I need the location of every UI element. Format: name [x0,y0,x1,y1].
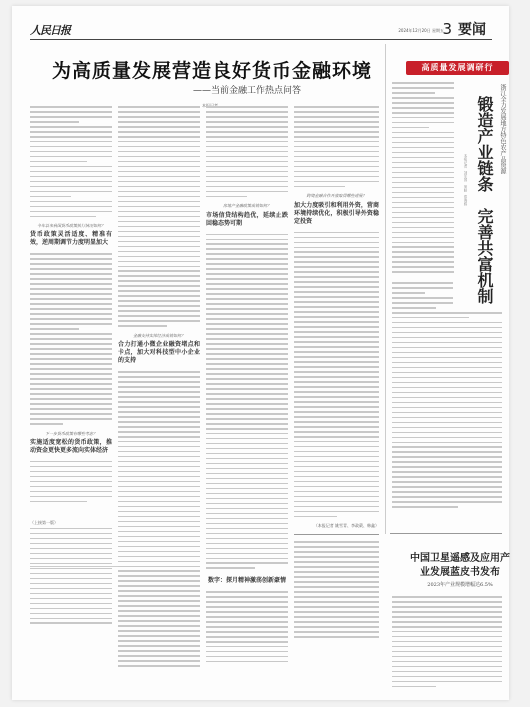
main-article-column-2: 金融支持实体经济成效如何？ 合力打通小微企业融资堵点和卡点，加大对科技型中小企业… [118,106,200,696]
section-name: 要闻 [458,22,486,38]
sub-headline: ——当前金融工作热点问答 [132,83,362,96]
satellite-article-headline: 中国卫星遥感及应用产业发展蓝皮书发布 [408,552,512,580]
section-question: 跨境金融合作开放取得哪些进展？ [294,193,379,198]
section-heading: 加大力度吸引和利用外资，营商环境持续优化，积极引导外资稳定投资 [294,202,379,226]
sidebar-title-line-1: 锻造产业链条 [475,96,493,192]
main-article-column-1: 今年以来我国货币政策执行情况如何？ 货币政策灵活适度、精准有效，逆周期调节力度明… [30,106,112,696]
body-text [30,106,112,217]
sidebar-subtitle: 浙江全力发展地方特色农产品资源 [498,84,507,214]
closing-note: （本报记者 姚雪青、李政葳、韩鑫） [294,523,379,528]
section-heading: 市场信贷结构趋优，延续止跌回稳态势可期 [206,212,288,228]
section-question: 房地产金融政策成效如何？ [206,203,288,208]
section-heading: 数字：探月精神激荡创新豪情 [206,577,288,585]
series-tag: 高质量发展调研行 [406,61,509,75]
sidebar-body-text [392,282,502,530]
publication-date: 2024年12月20日 星期五 [398,28,444,34]
satellite-article-subheadline: 2023年产业规模增幅达6.5% [408,581,512,588]
section-question: 下一步货币政策有哪些考虑？ [30,431,112,436]
section-heading: 实施适度宽松的货币政策，推动资金更快更多流向实体经济 [30,439,112,455]
masthead: 人民日报 2024年12月20日 星期五 3要闻 [30,19,492,40]
page-label: 3要闻 [442,19,486,39]
section-question: 今年以来我国货币政策执行情况如何？ [30,223,112,228]
sidebar-intro-text [392,82,454,282]
sidebar-bylines: 本报记者 刘军国 窦皓 郑海鸥 [464,154,470,205]
continued-marker: （上接第一版） [30,520,112,525]
satellite-article-body [392,596,502,696]
newspaper-page: 人民日报 2024年12月20日 星期五 3要闻 为高质量发展营造良好货币金融环… [12,6,509,700]
main-article-column-4: 跨境金融合作开放取得哪些进展？ 加大力度吸引和利用外资，营商环境持续优化，积极引… [294,106,379,696]
main-article-column-3: 房地产金融政策成效如何？ 市场信贷结构趋优，延续止跌回稳态势可期 数字：探月精神… [206,106,288,696]
section-heading: 货币政策灵活适度、精准有效，逆周期调节力度明显加大 [30,231,112,247]
newspaper-logo: 人民日报 [30,22,70,38]
column-divider [385,44,386,534]
page-number: 3 [442,20,452,38]
sidebar-divider [390,533,502,534]
section-heading: 合力打通小微企业融资堵点和卡点，加大对科技型中小企业的支持 [118,341,200,365]
section-question: 金融支持实体经济成效如何？ [118,333,200,338]
main-headline: 为高质量发展营造良好货币金融环境 [52,56,362,83]
